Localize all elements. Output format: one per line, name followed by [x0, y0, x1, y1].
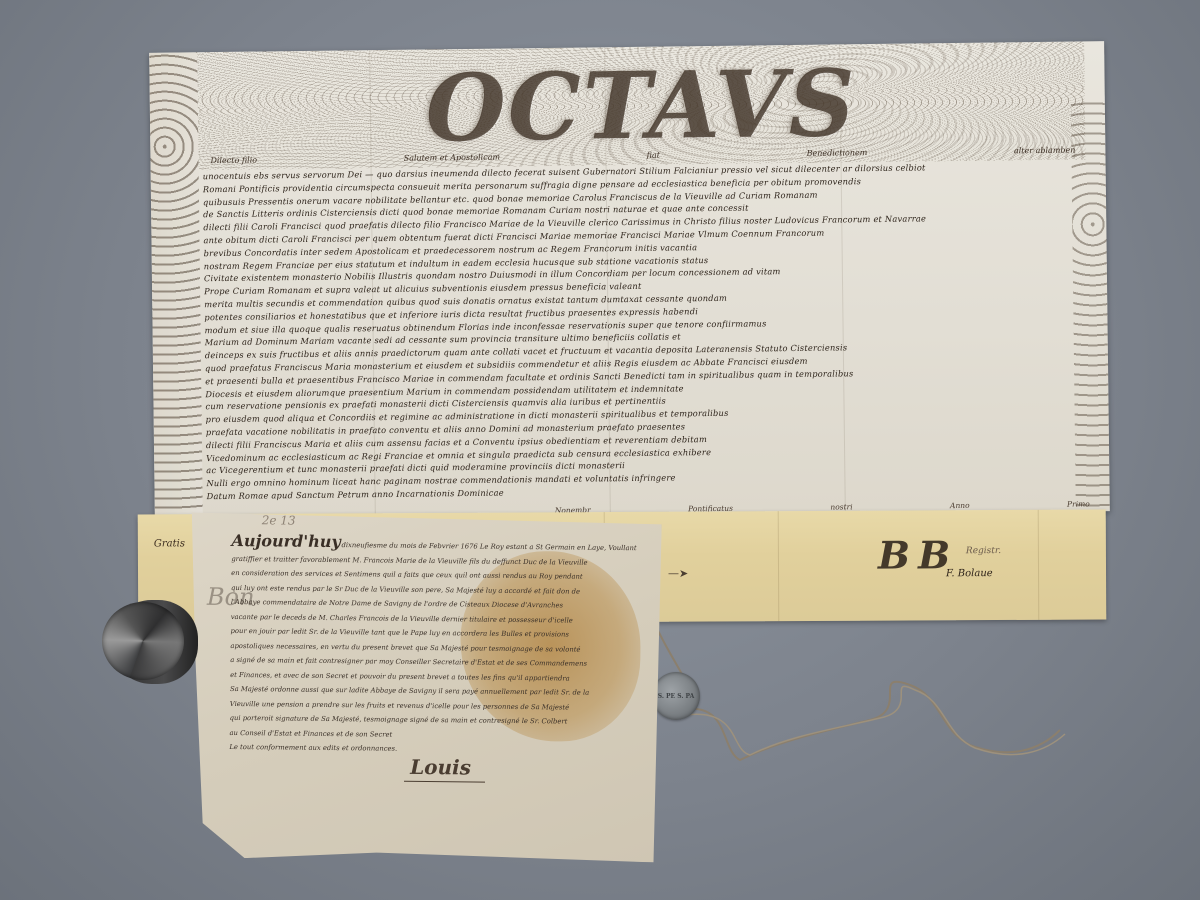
bull-text: unocentuis ebs servus servorum Dei — quo…	[203, 160, 1074, 505]
arrow-mark-icon: —➤	[668, 567, 688, 580]
initial-word: Salutem et Apostolicam	[404, 153, 500, 163]
brevet-text: dixneufiesme du mois de Febvrier 1676 Le…	[229, 537, 647, 759]
scribe-signature: BB Registr. F. Bolaue	[878, 532, 1028, 593]
metal-container	[92, 592, 200, 688]
signature-scribble: Registr.	[966, 546, 1001, 556]
royal-brevet: 2e 13 Bon dixneufiesme du mois de Febvri…	[188, 513, 662, 863]
initial-word: alter ablamben	[1014, 146, 1076, 156]
initial-word: fiat	[647, 151, 660, 160]
initial-word: Benedictionem	[807, 148, 868, 158]
initial-word: Dilecto filio	[210, 156, 257, 166]
papal-bull-parchment: OCTAVS Dilecto filio Salutem et Apostoli…	[149, 41, 1110, 523]
container-lid	[102, 602, 184, 680]
signature-name: F. Bolaue	[946, 568, 993, 579]
decorative-border-left	[149, 52, 203, 523]
brevet-number: 2e 13	[262, 513, 296, 527]
lead-seal: S. PE S. PA	[652, 672, 700, 720]
initial-letters: OCTAVS	[425, 49, 858, 162]
royal-signature: Louis	[404, 755, 485, 783]
plica-label: Gratis	[154, 538, 185, 549]
dating-word: Primo	[1067, 499, 1090, 508]
seal-cord	[640, 600, 1100, 770]
brevet-heading: Aujourd'huy	[231, 531, 340, 551]
dating-word: Anno	[950, 501, 970, 510]
decorative-border-right	[1071, 101, 1110, 511]
